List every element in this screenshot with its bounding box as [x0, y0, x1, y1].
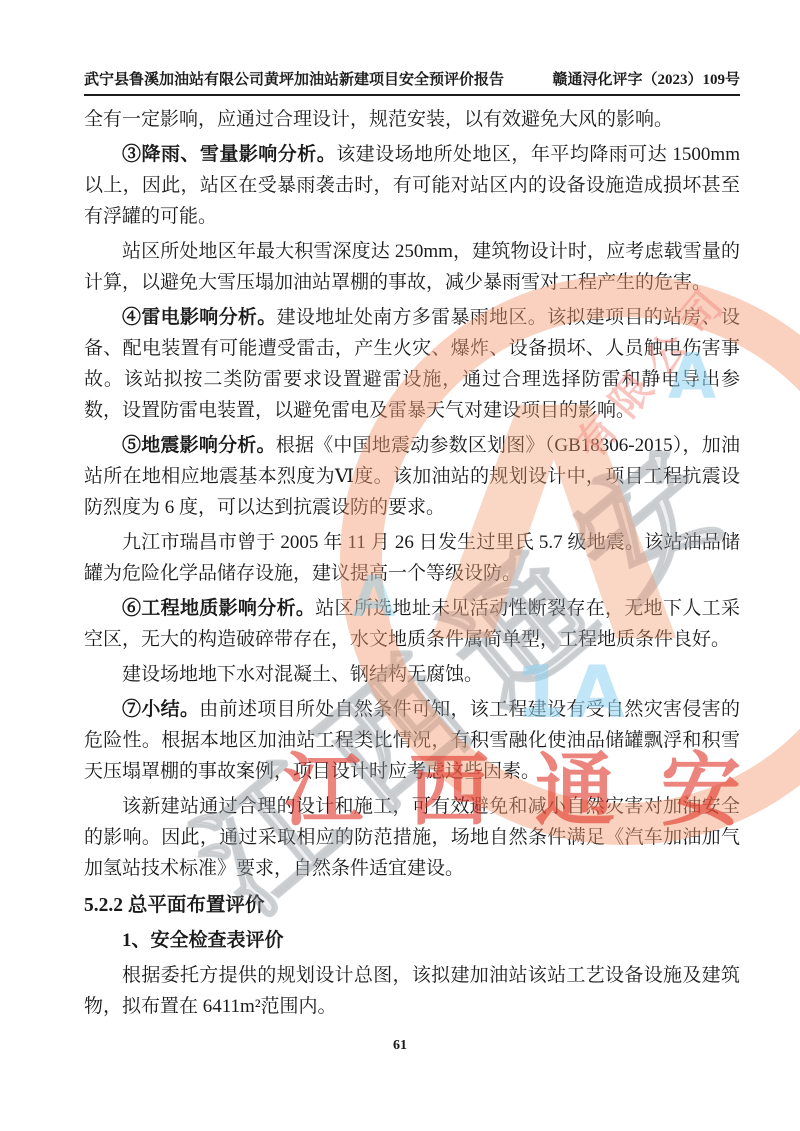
paragraph-text: 站区所处地区年最大积雪深度达 250mm，建筑物设计时，应考虑载雪量的计算，以避…	[84, 241, 740, 293]
paragraph-lead: ⑤地震影响分析。	[122, 435, 276, 456]
paragraph-lead: ⑥工程地质影响分析。	[122, 598, 315, 619]
document-body: 全有一定影响，应通过合理设计，规范安装，以有效避免大风的影响。 ③降雨、雪量影响…	[84, 104, 740, 1022]
para-earthquake-history: 九江市瑞昌市曾于 2005 年 11 月 26 日发生过里氏 5.7 级地震。该…	[84, 527, 740, 589]
section-heading: 5.2.2 总平面布置评价	[84, 890, 740, 921]
paragraph-text: 全有一定影响，应通过合理设计，规范安装，以有效避免大风的影响。	[84, 109, 673, 130]
para-groundwater: 建设场地地下水对混凝土、钢结构无腐蚀。	[84, 659, 740, 690]
page-number: 61	[0, 1038, 800, 1054]
paragraph-lead: ③降雨、雪量影响分析。	[122, 144, 336, 165]
paragraph-text: 九江市瑞昌市曾于 2005 年 11 月 26 日发生过里氏 5.7 级地震。该…	[84, 532, 740, 584]
para-geology: ⑥工程地质影响分析。站区所选地址未见活动性断裂存在，无地下人工采空区，无大的构造…	[84, 593, 740, 655]
paragraph-text: 建设场地地下水对混凝土、钢结构无腐蚀。	[122, 664, 483, 685]
paragraph-lead: ④雷电影响分析。	[122, 307, 277, 328]
header-report-title: 武宁县鲁溪加油站有限公司黄坪加油站新建项目安全预评价报告	[84, 68, 504, 89]
para-wind-continuation: 全有一定影响，应通过合理设计，规范安装，以有效避免大风的影响。	[84, 104, 740, 135]
header-doc-number: 赣通浔化评字（2023）109号	[552, 68, 740, 89]
paragraph-text: 该新建站通过合理的设计和施工，可有效避免和减小自然灾害对加油安全的影响。因此，通…	[84, 796, 740, 879]
para-layout: 根据委托方提供的规划设计总图，该拟建加油站该站工艺设备设施及建筑物，拟布置在 6…	[84, 960, 740, 1022]
para-conclusion: 该新建站通过合理的设计和施工，可有效避免和减小自然灾害对加油安全的影响。因此，通…	[84, 791, 740, 884]
document-page: 武宁县鲁溪加油站有限公司黄坪加油站新建项目安全预评价报告 赣通浔化评字（2023…	[0, 0, 800, 1131]
subheading-checklist: 1、安全检查表评价	[84, 925, 740, 956]
para-rain-snow: ③降雨、雪量影响分析。该建设场地所处地区，年平均降雨可达 1500mm 以上，因…	[84, 139, 740, 232]
paragraph-lead: ⑦小结。	[122, 699, 199, 720]
page-header: 武宁县鲁溪加油站有限公司黄坪加油站新建项目安全预评价报告 赣通浔化评字（2023…	[84, 68, 740, 96]
para-summary: ⑦小结。由前述项目所处自然条件可知，该工程建设有受自然灾害侵害的危险性。根据本地…	[84, 694, 740, 787]
para-lightning: ④雷电影响分析。建设地址处南方多雷暴雨地区。该拟建项目的站房、设备、配电装置有可…	[84, 302, 740, 426]
para-snow-depth: 站区所处地区年最大积雪深度达 250mm，建筑物设计时，应考虑载雪量的计算，以避…	[84, 236, 740, 298]
para-earthquake: ⑤地震影响分析。根据《中国地震动参数区划图》（GB18306-2015），加油站…	[84, 430, 740, 523]
